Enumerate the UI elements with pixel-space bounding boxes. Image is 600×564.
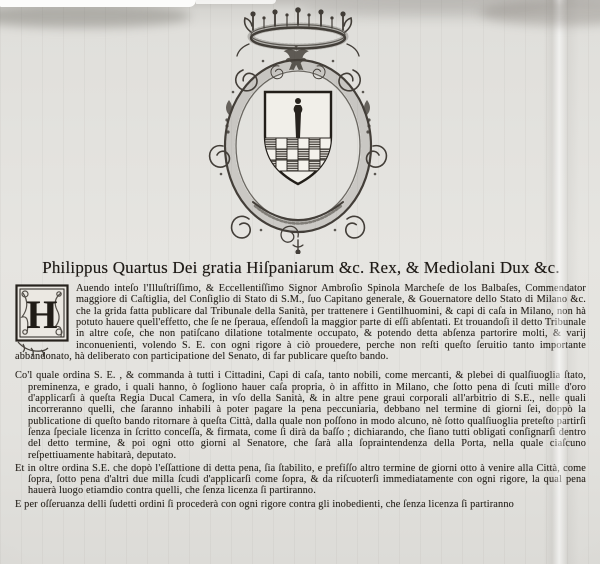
edict-paragraph: Co'l quale ordina S. E. , & commanda à t… [15,370,586,461]
checky-fess-shield [265,92,342,184]
coat-of-arms-engraving [203,4,393,254]
spinola-coat-of-arms [203,4,393,254]
historiated-initial-h: H [15,284,71,342]
edict-paragraph: H Auendo inteſo l'Illuſtriſſimo, & Eccel… [15,283,586,362]
initial-letter: H [26,292,57,337]
document-sheet: Philippus Quartus Dei gratia Hiſpaniarum… [0,0,600,564]
edict-paragraph-cutoff: E per oſſeruanza delli ſudetti ordini ſi… [15,499,586,510]
royal-title: Philippus Quartus Dei gratia Hiſpaniarum… [14,258,588,278]
ornate-initial-woodcut: H [15,284,69,354]
torn-paper-edge [0,0,196,7]
edict-paragraph: Et in oltre ordina S.E. che dopò l'eſſat… [15,463,586,497]
paper-shadow-top-right [480,0,600,26]
paragraph-text: Auendo inteſo l'Illuſtriſſimo, & Eccelle… [15,283,586,362]
paper-shadow-top-left [0,4,190,28]
edict-body: H Auendo inteſo l'Illuſtriſſimo, & Eccel… [15,283,586,510]
